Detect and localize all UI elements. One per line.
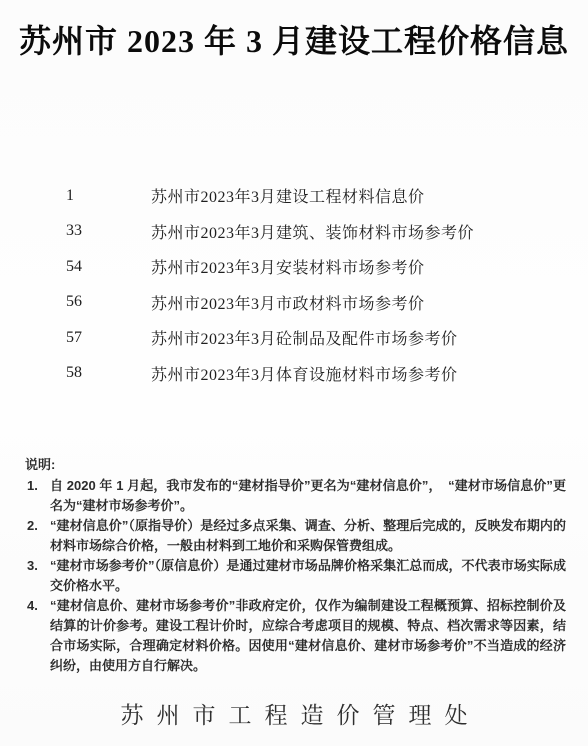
toc-entry-title: 苏州市2023年3月体育设施材料市场参考价 (151, 362, 458, 385)
table-of-contents: 1 苏州市2023年3月建设工程材料信息价 33 苏州市2023年3月建筑、装饰… (66, 178, 568, 391)
toc-row: 56 苏州市2023年3月市政材料市场参考价 (66, 285, 568, 321)
note-item: 1. 自 2020 年 1 月起，我市发布的“建材指导价”更名为“建材信息价”，… (25, 476, 566, 516)
toc-row: 54 苏州市2023年3月安装材料市场参考价 (66, 249, 568, 285)
toc-page-number: 54 (66, 258, 151, 276)
note-text: “建材信息价、建材市场参考价”非政府定价，仅作为编制建设工程概预算、招标控制价及… (50, 598, 566, 673)
page-title: 苏州市 2023 年 3 月建设工程价格信息 (0, 16, 588, 62)
note-text: “建材市场参考价”（原信息价）是通过建材市场品牌价格采集汇总而成，不代表市场实际… (50, 558, 566, 593)
notes-label: 说明: (25, 455, 566, 475)
toc-page-number: 58 (66, 364, 151, 382)
toc-entry-title: 苏州市2023年3月安装材料市场参考价 (151, 255, 425, 278)
notes-section: 说明: 1. 自 2020 年 1 月起，我市发布的“建材指导价”更名为“建材信… (25, 455, 566, 676)
toc-row: 58 苏州市2023年3月体育设施材料市场参考价 (66, 356, 568, 392)
document-page: 苏州市 2023 年 3 月建设工程价格信息 1 苏州市2023年3月建设工程材… (0, 0, 588, 746)
note-number: 3. (27, 556, 38, 576)
note-number: 4. (27, 596, 38, 616)
toc-entry-title: 苏州市2023年3月建筑、装饰材料市场参考价 (151, 220, 474, 243)
toc-row: 33 苏州市2023年3月建筑、装饰材料市场参考价 (66, 214, 568, 250)
toc-entry-title: 苏州市2023年3月市政材料市场参考价 (151, 291, 425, 314)
toc-entry-title: 苏州市2023年3月砼制品及配件市场参考价 (151, 326, 458, 349)
note-number: 1. (27, 476, 38, 496)
notes-list: 1. 自 2020 年 1 月起，我市发布的“建材指导价”更名为“建材信息价”，… (25, 476, 566, 676)
toc-page-number: 57 (66, 329, 151, 347)
toc-page-number: 56 (66, 293, 151, 311)
note-item: 2. “建材信息价”（原指导价）是经过多点采集、调查、分析、整理后完成的，反映发… (25, 516, 566, 556)
toc-row: 1 苏州市2023年3月建设工程材料信息价 (66, 178, 568, 214)
note-number: 2. (27, 516, 38, 536)
toc-page-number: 1 (66, 187, 151, 205)
note-text: “建材信息价”（原指导价）是经过多点采集、调查、分析、整理后完成的，反映发布期内… (50, 518, 566, 553)
note-item: 4. “建材信息价、建材市场参考价”非政府定价，仅作为编制建设工程概预算、招标控… (25, 596, 566, 676)
note-item: 3. “建材市场参考价”（原信息价）是通过建材市场品牌价格采集汇总而成，不代表市… (25, 556, 566, 596)
note-text: 自 2020 年 1 月起，我市发布的“建材指导价”更名为“建材信息价”， “建… (50, 478, 566, 513)
toc-row: 57 苏州市2023年3月砼制品及配件市场参考价 (66, 320, 568, 356)
toc-page-number: 33 (66, 222, 151, 240)
toc-entry-title: 苏州市2023年3月建设工程材料信息价 (151, 184, 425, 207)
footer-organization-name: 苏州市工程造价管理处 (0, 697, 588, 730)
